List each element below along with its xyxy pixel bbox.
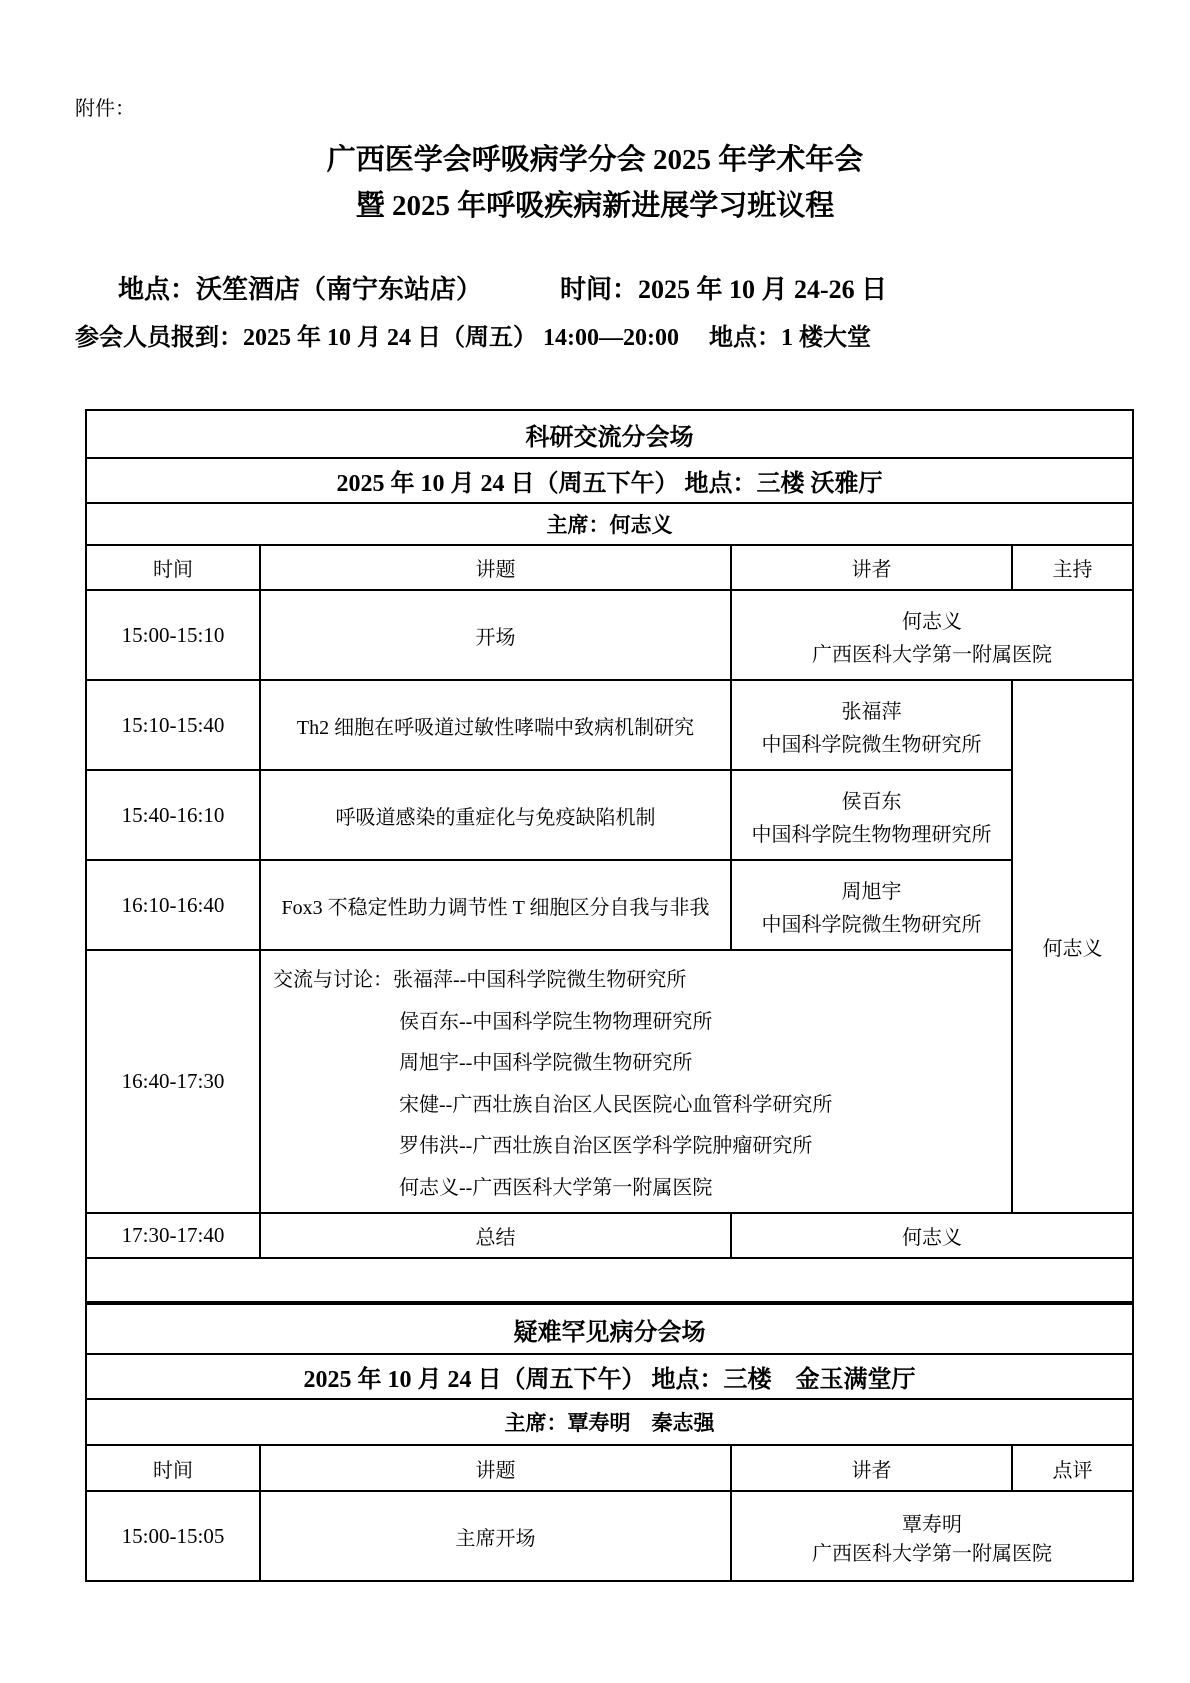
row-speaker-cell: 周旭宇 中国科学院微生物研究所	[731, 860, 1012, 950]
spacer-row	[86, 1258, 1133, 1302]
session2-col-topic: 讲题	[260, 1445, 731, 1491]
session2-col-review: 点评	[1012, 1445, 1133, 1491]
row-time: 15:40-16:10	[86, 770, 260, 860]
row-speaker-cell: 覃寿明 广西医科大学第一附属医院	[731, 1491, 1133, 1581]
speaker-name: 张福萍	[842, 695, 902, 724]
row-topic: Fox3 不稳定性助力调节性 T 细胞区分自我与非我	[260, 860, 731, 950]
session2-datetime-location: 2025 年 10 月 24 日（周五下午） 地点：三楼 金玉满堂厅	[86, 1354, 1133, 1399]
document-title-line2: 暨 2025 年呼吸疾病新进展学习班议程	[0, 183, 1190, 229]
session1-table: 科研交流分会场 2025 年 10 月 24 日（周五下午） 地点：三楼 沃雅厅…	[85, 409, 1134, 1303]
discussion-line: 交流与讨论：张福萍--中国科学院微生物研究所	[273, 957, 1007, 999]
discussion-participant: 何志义--广西医科大学第一附属医院	[273, 1165, 1007, 1207]
session2-col-time: 时间	[86, 1445, 260, 1491]
discussion-participant: 侯百东--中国科学院生物物理研究所	[273, 999, 1007, 1041]
venue-time-line: 地点：沃笙酒店（南宁东站店） 时间：2025 年 10 月 24-26 日	[118, 269, 1190, 306]
speaker-affiliation: 中国科学院生物物理研究所	[752, 818, 992, 847]
table-row: 15:00-15:10 开场 何志义 广西医科大学第一附属医院	[86, 590, 1133, 680]
session1-col-host: 主持	[1012, 545, 1133, 590]
document-title-line1: 广西医学会呼吸病学分会 2025 年学术年会	[0, 137, 1190, 183]
session2-chair-row: 主席：覃寿明 秦志强	[86, 1399, 1133, 1445]
session1-title-row: 科研交流分会场	[86, 410, 1133, 458]
discussion-participant: 周旭宇--中国科学院微生物研究所	[273, 1040, 1007, 1082]
row-speaker-cell: 何志义 广西医科大学第一附属医院	[731, 590, 1133, 680]
discussion-participant: 宋健--广西壮族自治区人民医院心血管科学研究所	[273, 1082, 1007, 1124]
session1-date-row: 2025 年 10 月 24 日（周五下午） 地点：三楼 沃雅厅	[86, 458, 1133, 503]
row-speaker-cell: 张福萍 中国科学院微生物研究所	[731, 680, 1012, 770]
session2-chair: 主席：覃寿明 秦志强	[86, 1399, 1133, 1445]
table-row: 15:10-15:40 Th2 细胞在呼吸道过敏性哮喘中致病机制研究 张福萍 中…	[86, 680, 1133, 770]
row-time: 15:10-15:40	[86, 680, 260, 770]
session2-title: 疑难罕见病分会场	[86, 1304, 1133, 1354]
session1-chair: 主席：何志义	[86, 503, 1133, 545]
row-time: 16:40-17:30	[86, 950, 260, 1213]
table-row: 15:40-16:10 呼吸道感染的重症化与免疫缺陷机制 侯百东 中国科学院生物…	[86, 770, 1133, 860]
session2-title-row: 疑难罕见病分会场	[86, 1304, 1133, 1354]
summary-speaker: 何志义	[731, 1213, 1133, 1258]
session2-header-row: 时间 讲题 讲者 点评	[86, 1445, 1133, 1491]
speaker-name: 何志义	[902, 605, 962, 634]
session1-host-cell: 何志义	[1012, 680, 1133, 1213]
discussion-cell: 交流与讨论：张福萍--中国科学院微生物研究所 侯百东--中国科学院生物物理研究所…	[260, 950, 1012, 1213]
attachment-label: 附件：	[75, 92, 1190, 121]
venue-label: 地点：沃笙酒店（南宁东站店）	[118, 269, 482, 306]
time-label: 时间：2025 年 10 月 24-26 日	[560, 269, 887, 306]
speaker-affiliation: 广西医科大学第一附属医院	[812, 1537, 1052, 1566]
row-time: 17:30-17:40	[86, 1213, 260, 1258]
row-topic: 总结	[260, 1213, 731, 1258]
document-page: 附件： 广西医学会呼吸病学分会 2025 年学术年会 暨 2025 年呼吸疾病新…	[0, 0, 1190, 1683]
session2-table: 疑难罕见病分会场 2025 年 10 月 24 日（周五下午） 地点：三楼 金玉…	[85, 1303, 1134, 1582]
spacer-cell	[86, 1258, 1133, 1302]
discussion-row: 16:40-17:30 交流与讨论：张福萍--中国科学院微生物研究所 侯百东--…	[86, 950, 1133, 1213]
discussion-participant: 罗伟洪--广西壮族自治区医学科学院肿瘤研究所	[273, 1123, 1007, 1165]
row-topic: 呼吸道感染的重症化与免疫缺陷机制	[260, 770, 731, 860]
row-topic: 主席开场	[260, 1491, 731, 1581]
row-speaker-cell: 侯百东 中国科学院生物物理研究所	[731, 770, 1012, 860]
session1-col-speaker: 讲者	[731, 545, 1012, 590]
speaker-affiliation: 广西医科大学第一附属医院	[812, 638, 1052, 667]
row-time: 15:00-15:10	[86, 590, 260, 680]
table-row: 16:10-16:40 Fox3 不稳定性助力调节性 T 细胞区分自我与非我 周…	[86, 860, 1133, 950]
row-topic: Th2 细胞在呼吸道过敏性哮喘中致病机制研究	[260, 680, 731, 770]
row-time: 15:00-15:05	[86, 1491, 260, 1581]
row-topic: 开场	[260, 590, 731, 680]
session1-chair-row: 主席：何志义	[86, 503, 1133, 545]
speaker-affiliation: 中国科学院微生物研究所	[762, 908, 982, 937]
row-time: 16:10-16:40	[86, 860, 260, 950]
session1-datetime-location: 2025 年 10 月 24 日（周五下午） 地点：三楼 沃雅厅	[86, 458, 1133, 503]
document-title: 广西医学会呼吸病学分会 2025 年学术年会 暨 2025 年呼吸疾病新进展学习…	[0, 137, 1190, 229]
session1-title: 科研交流分会场	[86, 410, 1133, 458]
table-row: 15:00-15:05 主席开场 覃寿明 广西医科大学第一附属医院	[86, 1491, 1133, 1581]
discussion-lead: 交流与讨论：	[273, 963, 393, 992]
speaker-name: 覃寿明	[902, 1508, 962, 1537]
summary-row: 17:30-17:40 总结 何志义	[86, 1213, 1133, 1258]
session2-col-speaker: 讲者	[731, 1445, 1012, 1491]
session1-col-time: 时间	[86, 545, 260, 590]
session1-col-topic: 讲题	[260, 545, 731, 590]
speaker-affiliation: 中国科学院微生物研究所	[762, 728, 982, 757]
session2-date-row: 2025 年 10 月 24 日（周五下午） 地点：三楼 金玉满堂厅	[86, 1354, 1133, 1399]
speaker-name: 侯百东	[842, 785, 902, 814]
speaker-name: 周旭宇	[842, 875, 902, 904]
session1-header-row: 时间 讲题 讲者 主持	[86, 545, 1133, 590]
discussion-participant: 张福萍--中国科学院微生物研究所	[393, 963, 686, 992]
registration-line: 参会人员报到：2025 年 10 月 24 日（周五） 14:00—20:00 …	[75, 317, 1190, 352]
